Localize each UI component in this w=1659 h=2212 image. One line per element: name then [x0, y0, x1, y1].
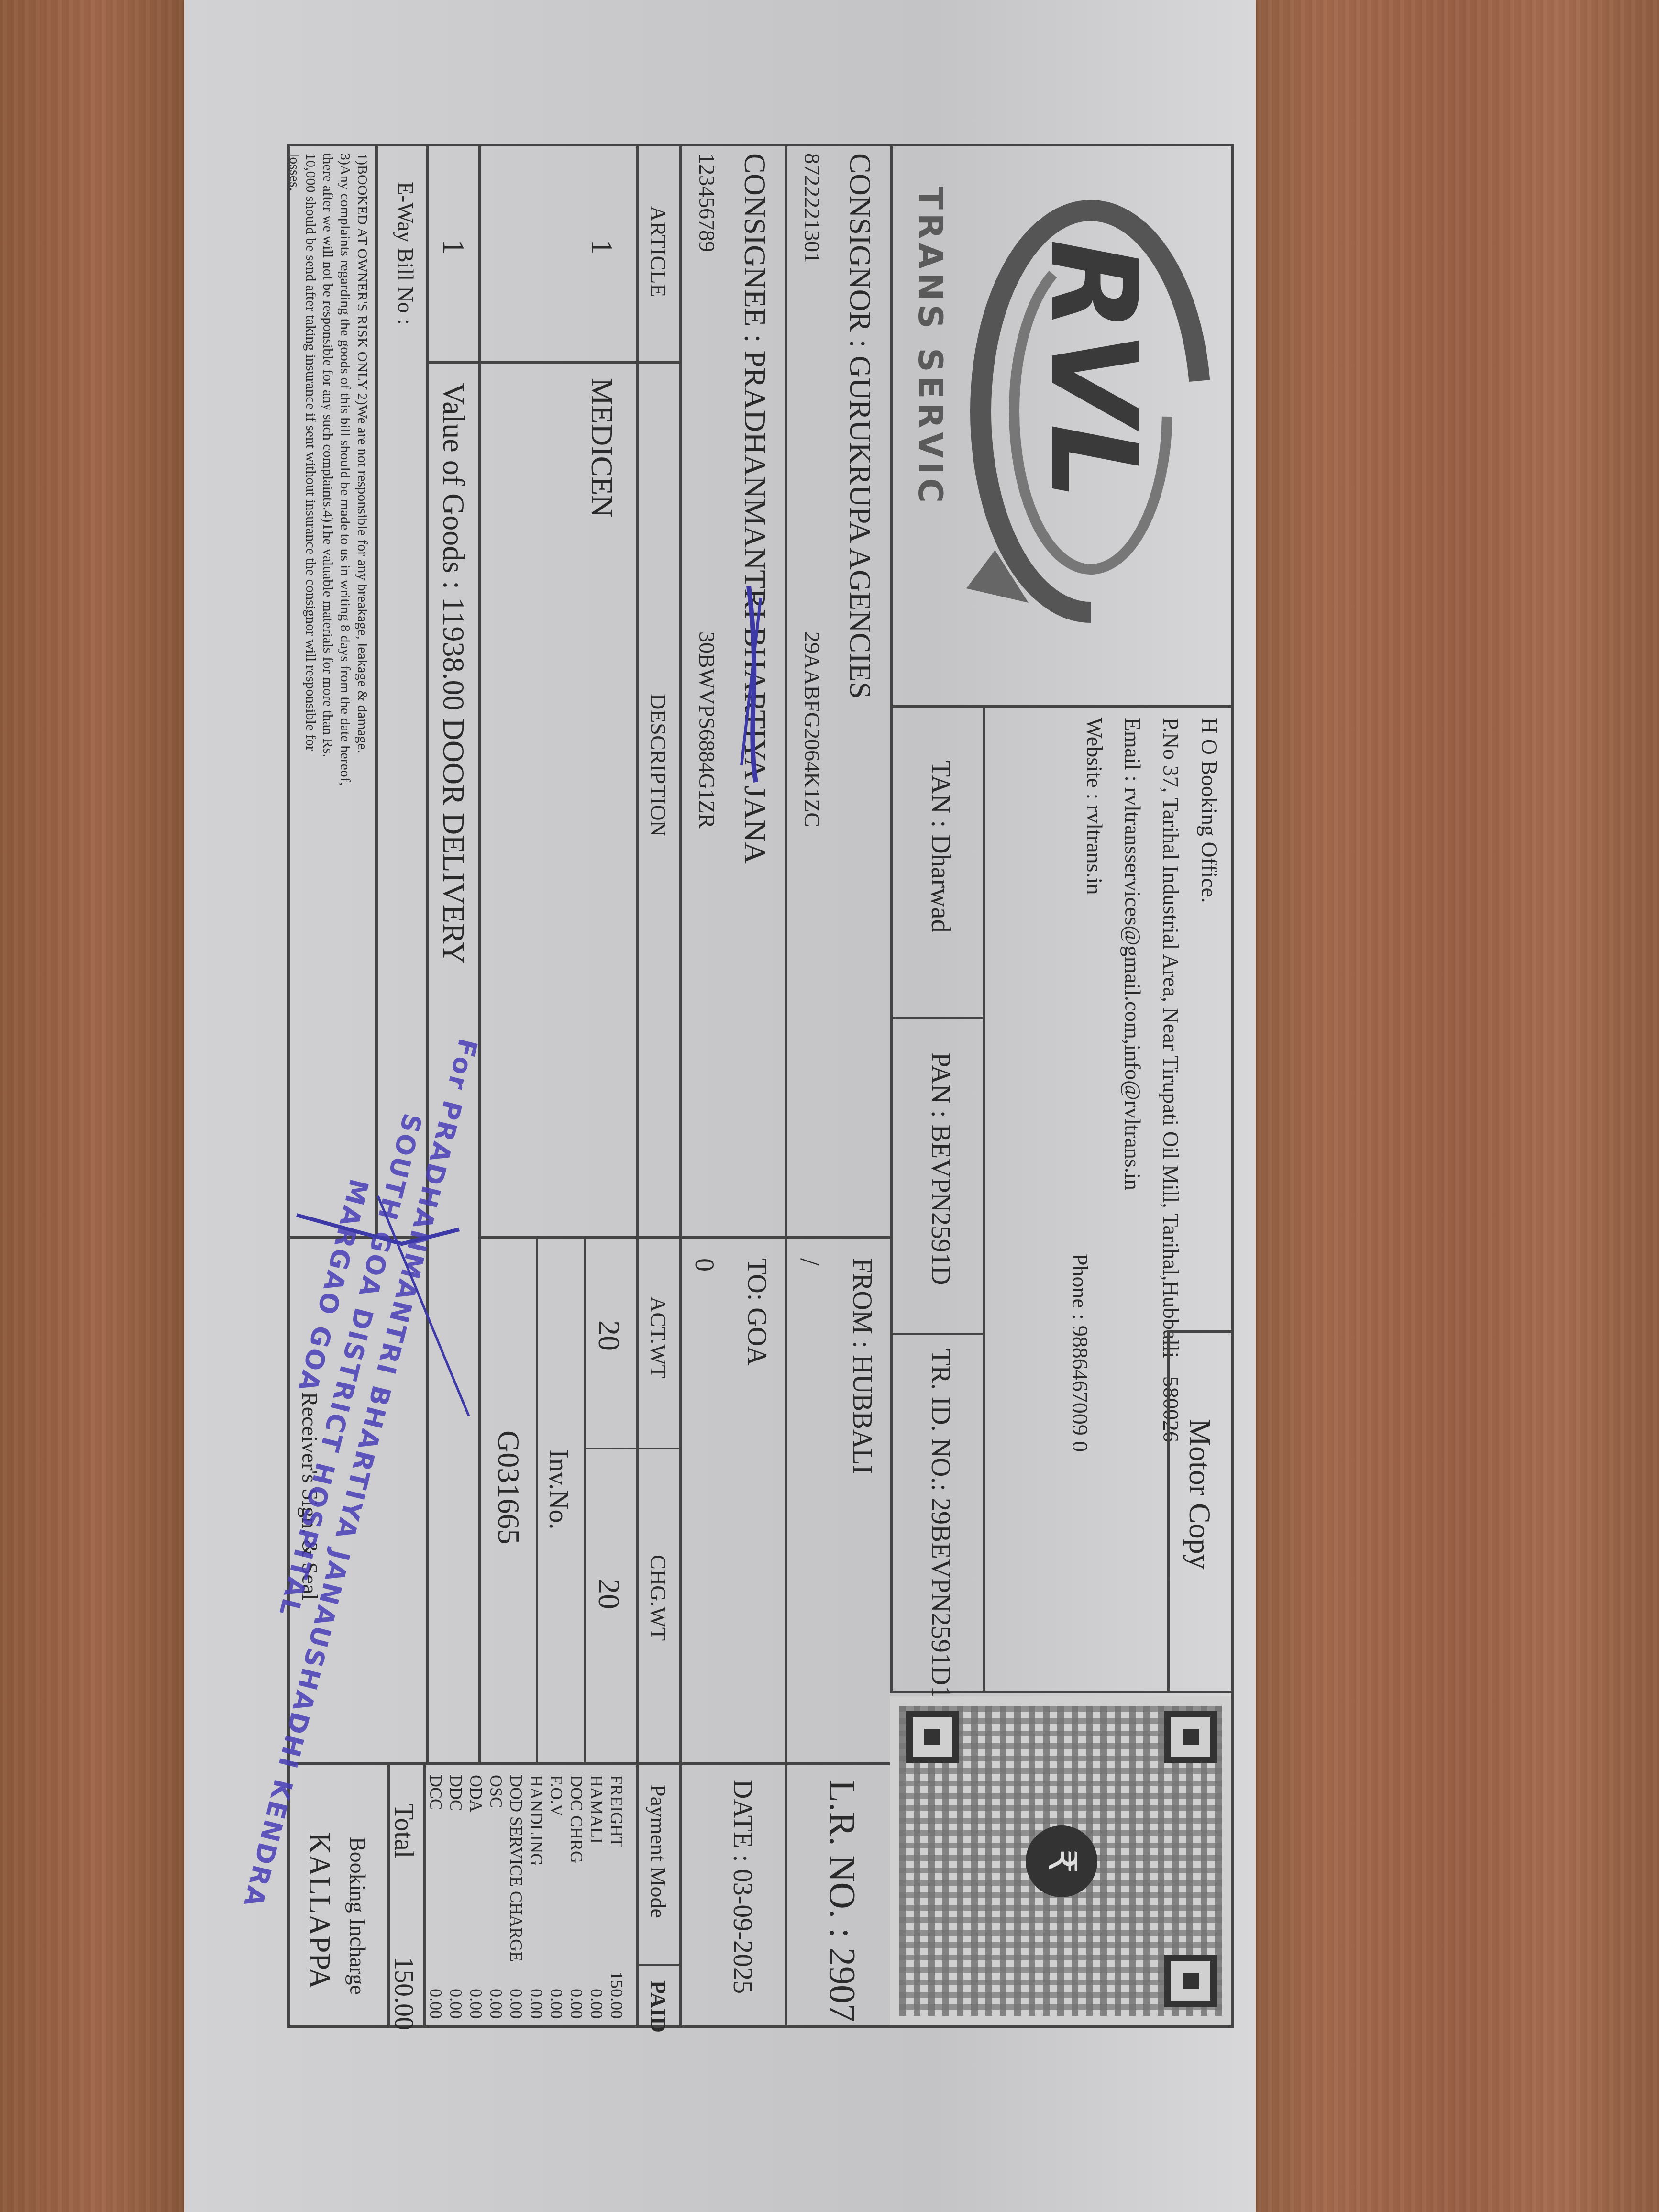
charge-row: HAMALI0.00: [587, 1775, 607, 2019]
total-booking-area: Total 150.00 Booking Incharge KALLAPPA: [287, 1765, 426, 2028]
office-label: H O Booking Office.: [1198, 718, 1220, 903]
logo-text: RVL: [1033, 239, 1153, 500]
booking-incharge-name: KALLAPPA: [304, 1832, 335, 1989]
charged-weight: 20: [594, 1579, 624, 1609]
qr-code[interactable]: ₹: [890, 1696, 1231, 2025]
charge-row: DCC0.00: [427, 1775, 446, 2019]
tr-id-value: TR. ID. NO.: 29BEVPN2591D1ZY: [927, 1349, 954, 1735]
from-sub: /: [796, 1258, 823, 1266]
receipt-date: DATE : 03-09-2025: [729, 1780, 756, 1994]
charge-amount: 0.00: [446, 1989, 466, 2019]
charge-row: HANDLING0.00: [527, 1775, 546, 2019]
consignor-phone: 8722221301: [801, 153, 823, 263]
goods-table-header: ARTICLE DESCRIPTION ACT.WT CHG.WT Paymen…: [636, 144, 679, 2028]
goods-table-body: 1 MEDICEN 20 20 Inv.No. G031665: [478, 144, 636, 1765]
article-count: 1: [586, 239, 617, 254]
payment-mode-label: Payment Mode: [647, 1784, 669, 1918]
lorry-receipt: RVL TRANS SERVIC H O Booking Office. P.N…: [287, 144, 1234, 2028]
charge-amount: 0.00: [526, 1989, 546, 2019]
value-of-goods: Value of Goods : 11938.00 DOOR DELIVERY: [438, 383, 469, 964]
pan-value: PAN : BEVPN2591D: [927, 1052, 954, 1285]
charge-row: OSC0.00: [487, 1775, 506, 2019]
charge-name: F.O.V: [546, 1775, 566, 1816]
header-article: ARTICLE: [647, 206, 669, 297]
invoice-number: G031665: [493, 1430, 524, 1544]
handwritten-strikethrough-icon: [732, 584, 775, 785]
company-logo: RVL TRANS SERVIC: [890, 144, 1234, 708]
booking-incharge-label: Booking Incharge: [346, 1837, 368, 1995]
company-phone: Phone : 9886467009 0: [1069, 1253, 1091, 1452]
charge-row: ODA0.00: [467, 1775, 486, 2019]
invoice-label: Inv.No.: [545, 1449, 572, 1529]
table-row: 1: [481, 144, 636, 364]
charge-amount: 150.00: [607, 1971, 627, 2019]
charge-amount: 0.00: [486, 1989, 506, 2019]
charge-name: DDC: [446, 1775, 466, 1811]
tax-id-row: TAN : Dharwad PAN : BEVPN2591D TR. ID. N…: [890, 708, 985, 1693]
eway-bill-label: E-Way Bill No :: [394, 182, 416, 325]
charge-amount: 0.00: [586, 1989, 607, 2019]
charge-row: F.O.V0.00: [547, 1775, 566, 2019]
total-label: Total: [390, 1803, 417, 1858]
consignee-row: CONSIGNEE : PRADHANMANTRI BHARTIYA JANA …: [679, 144, 785, 2028]
charge-amount: 0.00: [566, 1989, 586, 2019]
disclaimer: 1)BOOKED AT OWNER'S RISK ONLY 2)We are n…: [287, 144, 378, 1236]
goods-description: MEDICEN: [586, 378, 617, 518]
charge-name: DOC CHRG: [566, 1775, 586, 1863]
charge-name: HAMALI: [586, 1775, 607, 1844]
to-location: TO: GOA: [743, 1258, 770, 1366]
qr-center-logo-icon: ₹: [1026, 1825, 1097, 1897]
charge-amount: 0.00: [506, 1989, 526, 2019]
actual-weight: 20: [594, 1320, 624, 1351]
charge-name: DOD SERVICE CHARGE: [506, 1775, 526, 1962]
charge-amount: 0.00: [426, 1989, 446, 2019]
company-website: Website : rvltrans.in: [1083, 718, 1105, 895]
charge-name: OSC: [486, 1775, 506, 1808]
copy-label: Motor Copy: [1184, 1419, 1215, 1570]
summary-row: 1 Value of Goods : 11938.00 DOOR DELIVER…: [426, 144, 478, 1765]
header-chg-wt: CHG.WT: [647, 1555, 669, 1641]
charge-amount: 0.00: [466, 1989, 486, 2019]
charge-name: ODA: [466, 1775, 486, 1812]
lr-number: L.R. NO. : 2907: [824, 1780, 861, 2022]
consignor-row: CONSIGNOR : GURUKRUPA AGENCIES 872222130…: [785, 144, 890, 2028]
charge-row: DOD SERVICE CHARGE0.00: [507, 1775, 526, 2019]
charge-row: FREIGHT150.00: [608, 1775, 627, 2019]
charge-row: DDC0.00: [447, 1775, 466, 2019]
tan-value: TAN : Dharwad: [927, 761, 954, 932]
payment-mode-value: PAID: [647, 1980, 669, 2033]
consignee-gst: 30BWVPS6884G1ZR: [696, 631, 718, 828]
charge-row: DOC CHRG0.00: [567, 1775, 586, 2019]
charge-name: FREIGHT: [607, 1775, 627, 1847]
total-value: 150.00: [390, 1957, 417, 2030]
copy-label-box: Motor Copy: [1167, 1330, 1234, 1693]
header-description: DESCRIPTION: [647, 694, 669, 837]
consignee-phone: 123456789: [696, 153, 718, 252]
logo-subtitle: TRANS SERVIC: [914, 187, 947, 507]
consignor-name: CONSIGNOR : GURUKRUPA AGENCIES: [845, 153, 875, 699]
charge-name: HANDLING: [526, 1775, 546, 1866]
from-location: FROM : HUBBALI: [849, 1258, 875, 1474]
consignor-gst: 29AABFG2064K1ZC: [801, 631, 823, 827]
to-sub: 0: [691, 1258, 718, 1272]
total-articles: 1: [438, 239, 469, 254]
company-email: Email : rvltransservices@gmail.com,info@…: [1121, 718, 1143, 1190]
signature-scribble-icon: [287, 1186, 488, 1426]
charge-amount: 0.00: [546, 1989, 566, 2019]
total-row: Total 150.00: [387, 1765, 426, 2028]
header-act-wt: ACT.WT: [647, 1296, 669, 1379]
charge-name: DCC: [426, 1775, 446, 1810]
